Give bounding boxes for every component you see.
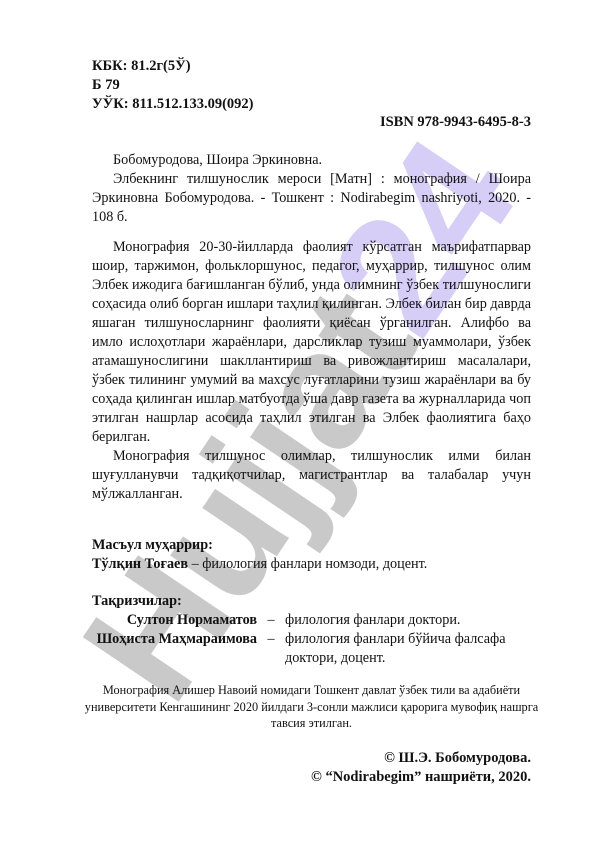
copyright-block: © Ш.Э. Бобомуродова. © “Nodirabegim” наш…: [311, 749, 531, 787]
reviewer-name: Султон Нормаматов: [92, 611, 257, 630]
editor-heading: Масъул муҳаррир:: [92, 536, 531, 555]
reviewer-row: Султон Нормаматов – филология фанлари до…: [92, 611, 531, 630]
classification-block: КБК: 81.2г(5Ў) Б 79 УЎК: 811.512.133.09(…: [92, 57, 253, 114]
udk-code: УЎК: 811.512.133.09(092): [92, 95, 253, 114]
responsible-editor: Масъул муҳаррир: Тўлқин Тоғаев – филолог…: [92, 536, 531, 574]
reviewer-title: филология фанлари бўйича фалсафа доктори…: [285, 630, 531, 668]
copyright-publisher: © “Nodirabegim” нашриёти, 2020.: [311, 768, 531, 787]
biblio-author: Бобомуродова, Шоира Эркиновна.: [92, 151, 531, 170]
kbk-code: КБК: 81.2г(5Ў): [92, 57, 253, 76]
biblio-description: Элбекнинг тилшунослик мероси [Матн] : мо…: [92, 170, 531, 227]
isbn: ISBN 978-9943-6495-8-3: [380, 113, 531, 132]
abstract-paragraph: Монография тилшунос олимлар, тилшунослик…: [92, 447, 531, 504]
author-mark: Б 79: [92, 76, 253, 95]
editor-title: филология фанлари номзоди, доцент.: [202, 556, 427, 572]
reviewer-title: филология фанлари доктори.: [285, 611, 531, 630]
reviewers: Тақризчилар: Султон Нормаматов – филолог…: [92, 592, 531, 668]
editor-line: Тўлқин Тоғаев – филология фанлари номзод…: [92, 555, 531, 574]
approval-note: Монография Алишер Навоий номидаги Тошкен…: [84, 682, 539, 732]
reviewer-dash: –: [257, 630, 285, 649]
bibliographic-record: Бобомуродова, Шоира Эркиновна. Элбекнинг…: [92, 151, 531, 227]
editor-name: Тўлқин Тоғаев: [92, 556, 188, 572]
abstract-paragraph: Монография 20-30-йилларда фаолият кўрсат…: [92, 238, 531, 447]
reviewer-row: Шоҳиста Маҳмараимова – филология фанлари…: [92, 630, 531, 668]
reviewers-heading: Тақризчилар:: [92, 592, 531, 611]
editor-dash: –: [188, 556, 202, 572]
reviewer-name: Шоҳиста Маҳмараимова: [92, 630, 257, 649]
copyright-author: © Ш.Э. Бобомуродова.: [311, 749, 531, 768]
reviewer-dash: –: [257, 611, 285, 630]
abstract: Монография 20-30-йилларда фаолият кўрсат…: [92, 238, 531, 504]
